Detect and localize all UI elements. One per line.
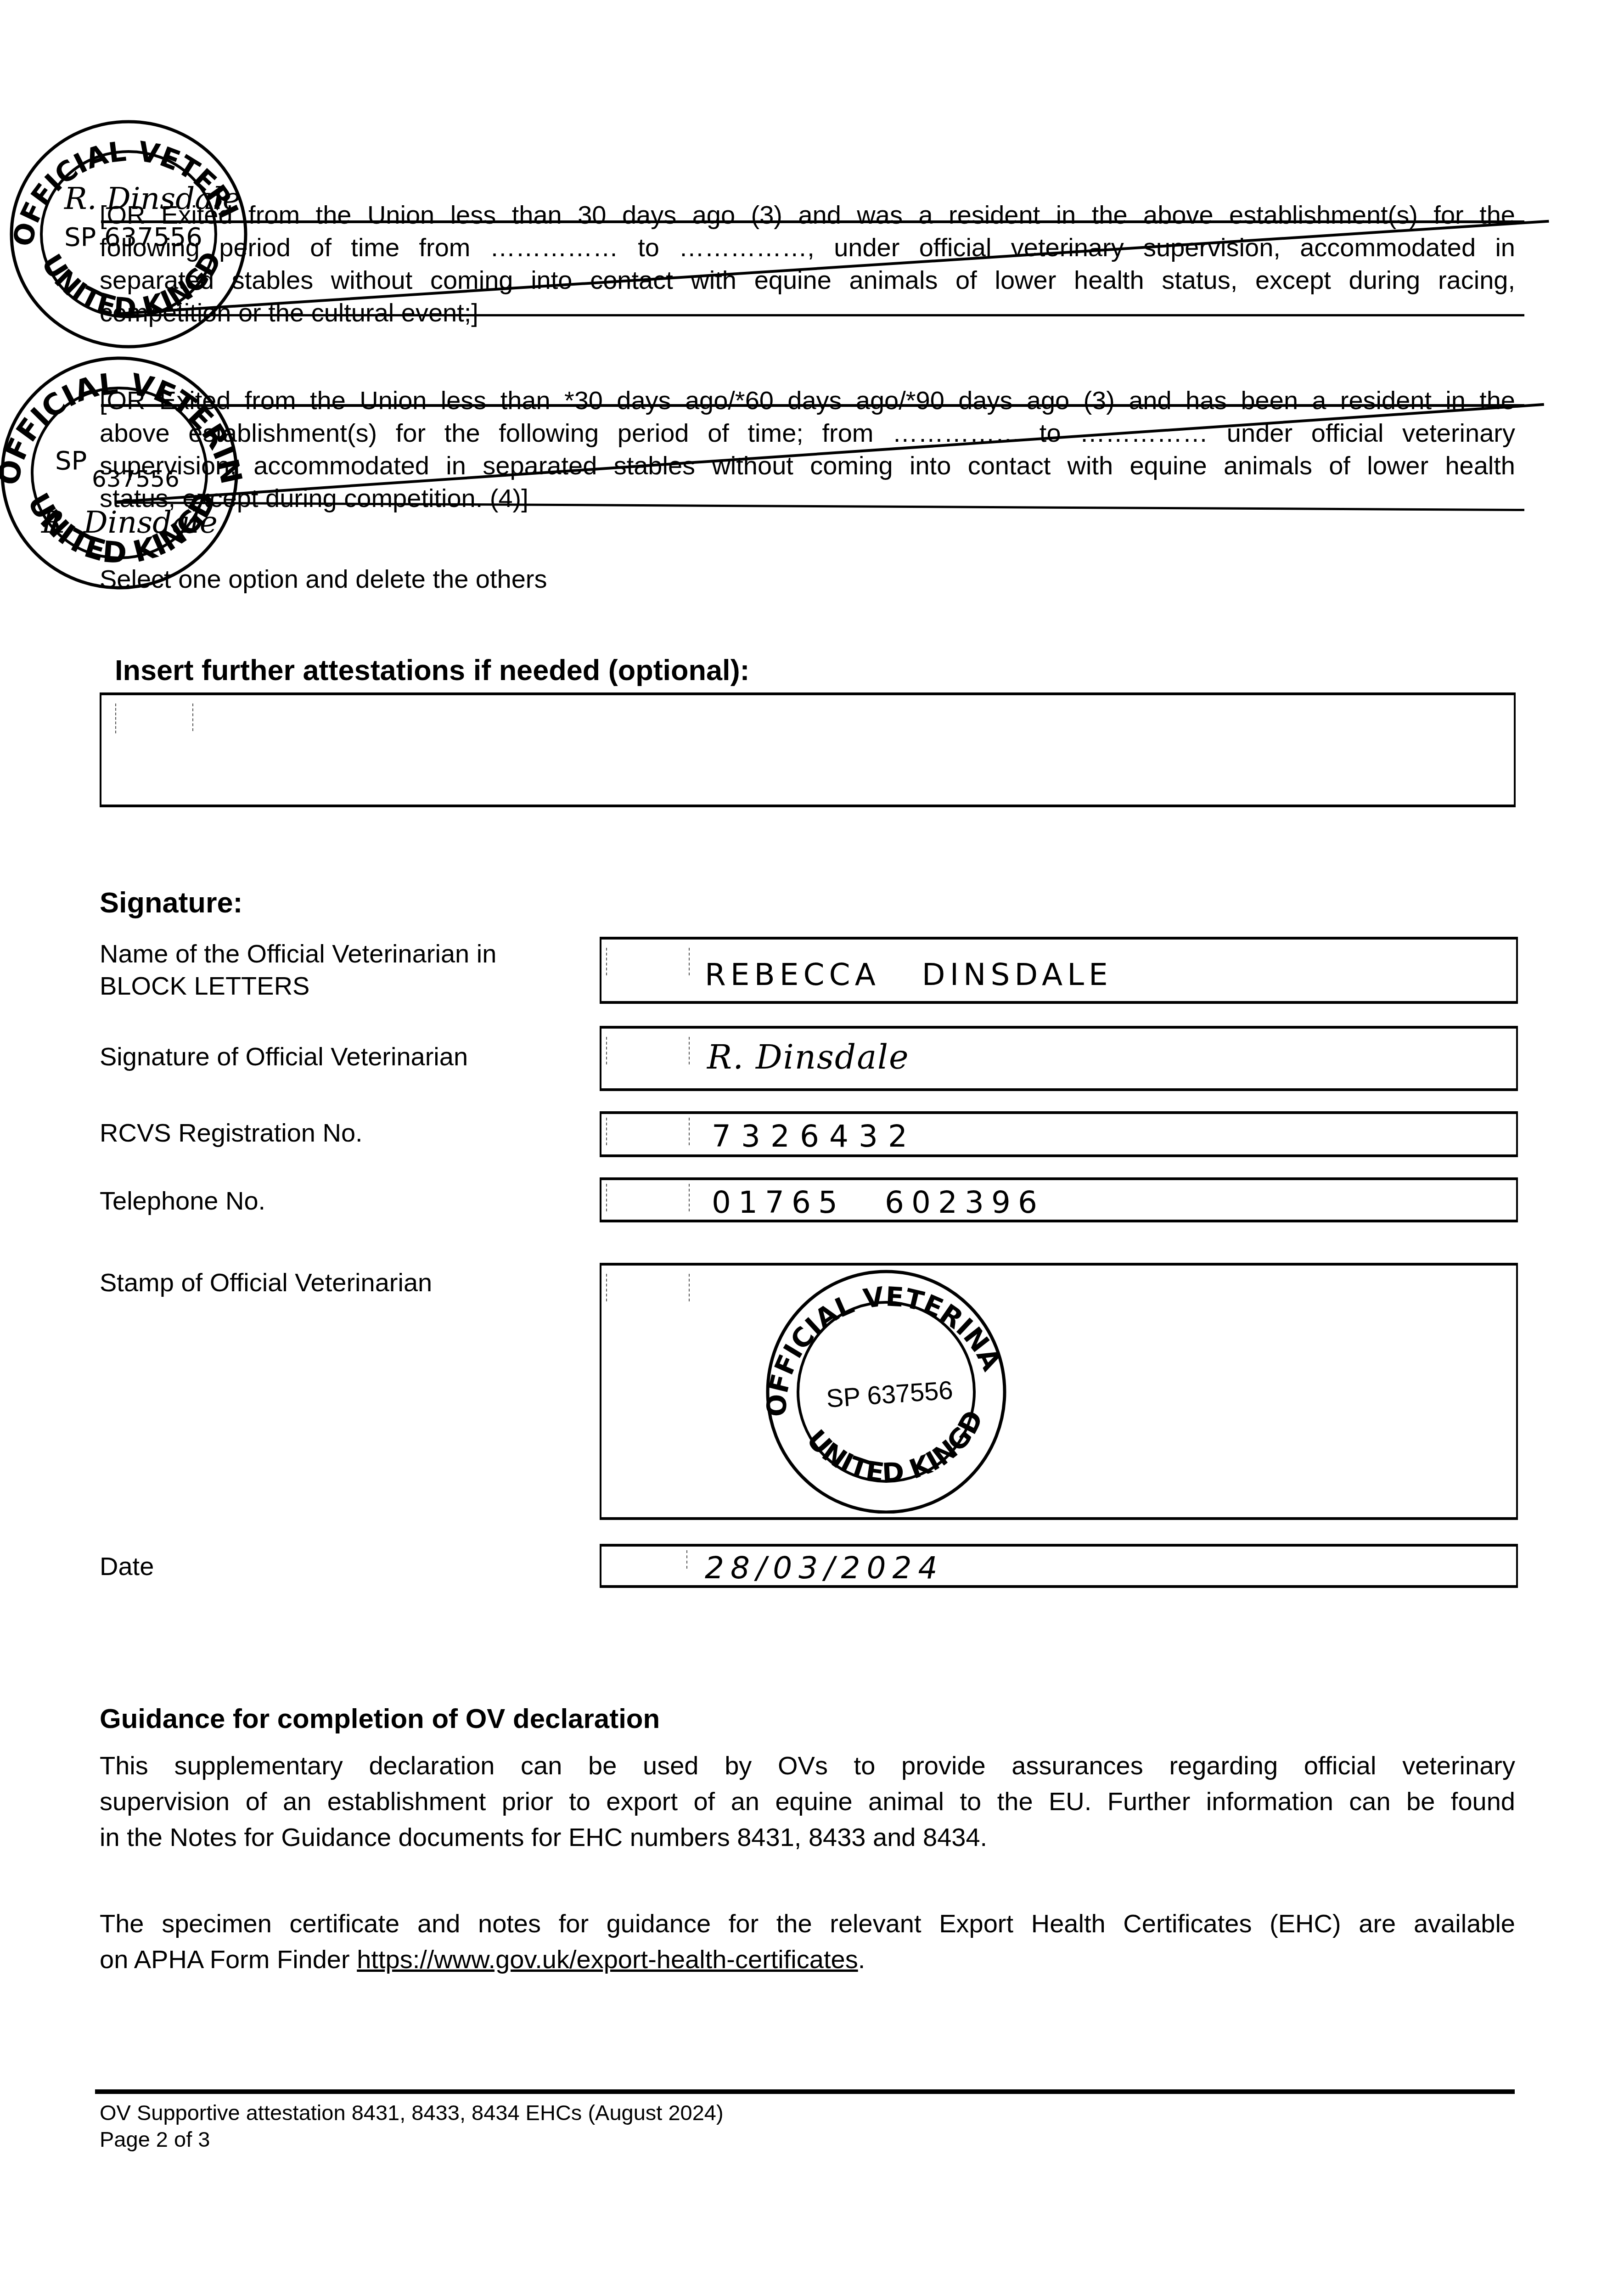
field-marker bbox=[686, 1550, 687, 1569]
date-field[interactable]: 28/03/2024 bbox=[600, 1544, 1518, 1588]
option-a-strike-top bbox=[101, 220, 1524, 223]
option-a-strike-bottom bbox=[119, 314, 1524, 316]
field-marker bbox=[689, 1274, 690, 1301]
field-marker bbox=[606, 1037, 607, 1064]
telephone-field[interactable]: 01765 602396 bbox=[600, 1177, 1518, 1222]
rcvs-label: RCVS Registration No. bbox=[100, 1117, 363, 1149]
guidance-heading: Guidance for completion of OV declaratio… bbox=[100, 1703, 660, 1734]
svg-text:SP: SP bbox=[55, 446, 87, 476]
footer-rule bbox=[95, 2089, 1515, 2094]
field-marker bbox=[606, 1274, 607, 1301]
signature-heading: Signature: bbox=[100, 886, 243, 919]
field-marker bbox=[606, 948, 607, 975]
option-b-strike-top bbox=[101, 404, 1524, 407]
footer-page-number: Page 2 of 3 bbox=[100, 2126, 724, 2153]
svg-text:SP 637556: SP 637556 bbox=[64, 222, 202, 252]
date-label: Date bbox=[100, 1550, 154, 1582]
margin-stamp-signature: R. Dinsdale bbox=[64, 181, 241, 216]
option-b-paragraph: [OR Exited from the Union less than *30 … bbox=[100, 384, 1515, 514]
name-value: REBECCA DINSDALE bbox=[705, 957, 1113, 992]
field-marker bbox=[606, 1184, 607, 1211]
option-b-line-1: [OR Exited from the Union less than *30 … bbox=[100, 384, 1515, 416]
svg-text:637556: 637556 bbox=[92, 466, 180, 492]
stamp-label: Stamp of Official Veterinarian bbox=[100, 1266, 432, 1299]
field-marker bbox=[192, 703, 193, 731]
footer-document-title: OV Supportive attestation 8431, 8433, 84… bbox=[100, 2099, 724, 2126]
guidance-paragraph-1: This supplementary declaration can be us… bbox=[100, 1748, 1515, 1855]
stamp-field[interactable]: OFFICIAL VETERINARIAN UNITED KINGDOM SP … bbox=[600, 1263, 1518, 1520]
field-marker bbox=[606, 1118, 607, 1145]
margin-stamp-top: OFFICIAL VETERINARIAN UNITED KINGDOM R. … bbox=[5, 110, 262, 349]
field-marker bbox=[689, 1184, 690, 1211]
signature-field[interactable]: R. Dinsdale bbox=[600, 1026, 1518, 1091]
signature-label: Signature of Official Veterinarian bbox=[100, 1041, 468, 1073]
name-field[interactable]: REBECCA DINSDALE bbox=[600, 937, 1518, 1004]
export-health-certificates-link[interactable]: https://www.gov.uk/export-health-certifi… bbox=[357, 1945, 858, 1974]
instruction-text: Select one option and delete the others bbox=[100, 564, 547, 594]
field-marker bbox=[689, 1118, 690, 1145]
telephone-label: Telephone No. bbox=[100, 1185, 265, 1217]
telephone-value: 01765 602396 bbox=[712, 1185, 1045, 1220]
name-label: Name of the Official Veterinarian in BLO… bbox=[100, 938, 496, 1002]
margin-stamp-bottom: OFFICIAL VETERINARIAN UNITED KINGDOM SP … bbox=[0, 349, 248, 597]
official-stamp: OFFICIAL VETERINARIAN UNITED KINGDOM SP … bbox=[758, 1266, 1015, 1514]
rcvs-value: 7326432 bbox=[712, 1119, 917, 1154]
option-a-paragraph: [OR Exited from the Union less than 30 d… bbox=[100, 198, 1515, 329]
footer-text: OV Supportive attestation 8431, 8433, 84… bbox=[100, 2099, 724, 2153]
field-marker bbox=[689, 1037, 690, 1064]
field-marker bbox=[115, 703, 116, 733]
guidance-paragraph-2: The specimen certificate and notes for g… bbox=[100, 1906, 1515, 1977]
signature-value: R. Dinsdale bbox=[707, 1038, 910, 1076]
further-attestations-input[interactable] bbox=[100, 692, 1516, 807]
stamp-center-text: SP 637556 bbox=[825, 1375, 954, 1413]
rcvs-field[interactable]: 7326432 bbox=[600, 1111, 1518, 1157]
svg-text:R. Dinsdale: R. Dinsdale bbox=[41, 505, 218, 540]
further-attestations-heading: Insert further attestations if needed (o… bbox=[115, 654, 750, 687]
option-a-line-1: [OR Exited from the Union less than 30 d… bbox=[100, 198, 1515, 231]
date-value: 28/03/2024 bbox=[705, 1550, 944, 1586]
field-marker bbox=[689, 948, 690, 975]
